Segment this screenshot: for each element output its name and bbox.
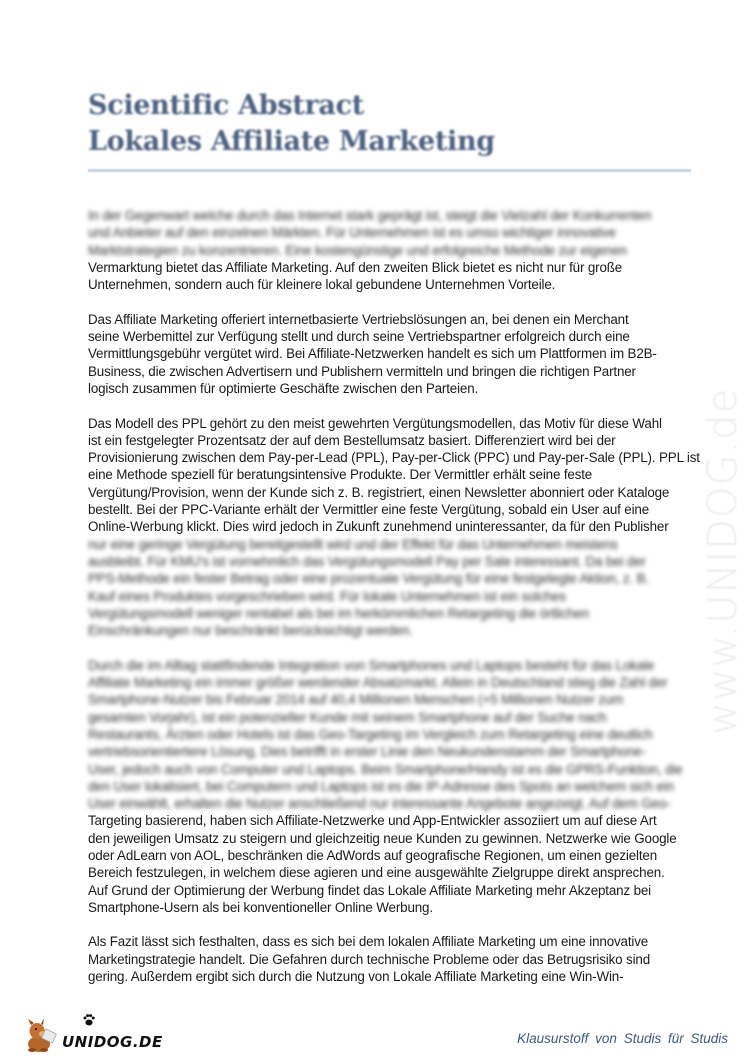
text-line: Als Fazit lässt sich festhalten, dass es… [88, 933, 688, 950]
text-line: Smartphone-Usern als bei konventioneller… [88, 899, 688, 916]
title-line-2: Lokales Affiliate Marketing [88, 124, 495, 160]
text-line: ist ein festgelegter Prozentsatz der auf… [88, 432, 688, 449]
text-line: logisch zusammen für optimierte Geschäft… [88, 380, 688, 397]
blurred-text-line: Marktstrategien zu konzentrieren. Eine k… [88, 242, 688, 259]
footer-tagline: Klausurstoff von Studis für Studis [517, 1031, 728, 1046]
text-line: Vergütung/Provision, wenn der Kunde sich… [88, 484, 688, 501]
blurred-text-line: nur eine geringe Vergütung bereitgestell… [88, 536, 688, 553]
blurred-text-line: User einwählt, erhalten die Nutzer ansch… [88, 795, 688, 812]
dog-mascot-icon [24, 1015, 60, 1053]
text-line: Vermittlungsgebühr vergütet wird. Bei Af… [88, 345, 688, 362]
blurred-text-line: In der Gegenwart welche durch das Intern… [88, 207, 688, 224]
paragraph: Das Affiliate Marketing offeriert intern… [88, 311, 688, 397]
blurred-text-line: Durch die im Alltag stattfindende Integr… [88, 657, 688, 674]
blurred-text-line: Affiliate Marketing ein immer größer wer… [88, 674, 688, 691]
blurred-text-line: User, jedoch auch von Computer und Lapto… [88, 761, 688, 778]
page-title: Scientific Abstract Lokales Affiliate Ma… [88, 88, 495, 160]
footer-logo[interactable]: UNIDOG.DE [24, 1013, 144, 1053]
text-line: Business, die zwischen Advertisern und P… [88, 363, 688, 380]
text-line: Targeting basierend, haben sich Affiliat… [88, 812, 688, 829]
text-line: oder AdLearn von AOL, beschränken die Ad… [88, 847, 688, 864]
text-line: Provisionierung zwischen dem Pay-per-Lea… [88, 449, 688, 466]
blurred-text-line: vertriebsorientiertere Lösung. Dies betr… [88, 743, 688, 760]
blurred-text-line: Vergütungsmodell weniger rentabel als be… [88, 605, 688, 622]
blurred-text-line: Einschränkungen nur beschränkt berücksic… [88, 622, 688, 639]
title-line-1: Scientific Abstract [88, 88, 495, 124]
text-line: Das Modell des PPL gehört zu den meist g… [88, 415, 688, 432]
text-line: Online-Werbung klickt. Dies wird jedoch … [88, 518, 688, 535]
text-line: gering. Außerdem ergibt sich durch die N… [88, 968, 688, 985]
blurred-text-line: PPS-Methode ein fester Betrag oder eine … [88, 570, 688, 587]
paragraph: Das Modell des PPL gehört zu den meist g… [88, 415, 688, 640]
blurred-text-line: gesamten Vorjahr), ist ein potenzieller … [88, 709, 688, 726]
text-line: Bereich festzulegen, in welchem diese ag… [88, 864, 688, 881]
blurred-text-line: Smartphone-Nutzer bis Februar 2014 auf 4… [88, 691, 688, 708]
blurred-text-line: Kauf eines Produktes vorgeschrieben wird… [88, 588, 688, 605]
document-body: In der Gegenwart welche durch das Intern… [88, 207, 688, 1003]
blurred-text-line: ausbleibt. Für KMU's ist vornehmlich das… [88, 553, 688, 570]
watermark: www.UNIDOG.de [700, 388, 746, 735]
blurred-text-line: und Anbieter auf den einzelnen Märkten. … [88, 224, 688, 241]
text-line: Auf Grund der Optimierung der Werbung fi… [88, 882, 688, 899]
text-line: Unternehmen, sondern auch für kleinere l… [88, 276, 688, 293]
blurred-text-line: den User lokalisiert, bei Computern und … [88, 778, 688, 795]
text-line: bestellt. Bei der PPC-Variante erhält de… [88, 501, 688, 518]
paragraph: Als Fazit lässt sich festhalten, dass es… [88, 933, 688, 985]
paragraph: Durch die im Alltag stattfindende Integr… [88, 657, 688, 916]
paw-icon [82, 1013, 96, 1027]
text-line: Das Affiliate Marketing offeriert intern… [88, 311, 688, 328]
text-line: seine Werbemittel zur Verfügung stellt u… [88, 328, 688, 345]
text-line: Marketingstrategie handelt. Die Gefahren… [88, 951, 688, 968]
paragraph: In der Gegenwart welche durch das Intern… [88, 207, 688, 293]
text-line: eine Methode speziell für beratungsinten… [88, 466, 688, 483]
text-line: den jeweiligen Umsatz zu steigern und gl… [88, 830, 688, 847]
logo-text: UNIDOG.DE [62, 1033, 163, 1051]
title-underline [88, 169, 691, 172]
text-line: Vermarktung bietet das Affiliate Marketi… [88, 259, 688, 276]
blurred-text-line: Restaurants, Ärzten oder Hotels ist das … [88, 726, 688, 743]
